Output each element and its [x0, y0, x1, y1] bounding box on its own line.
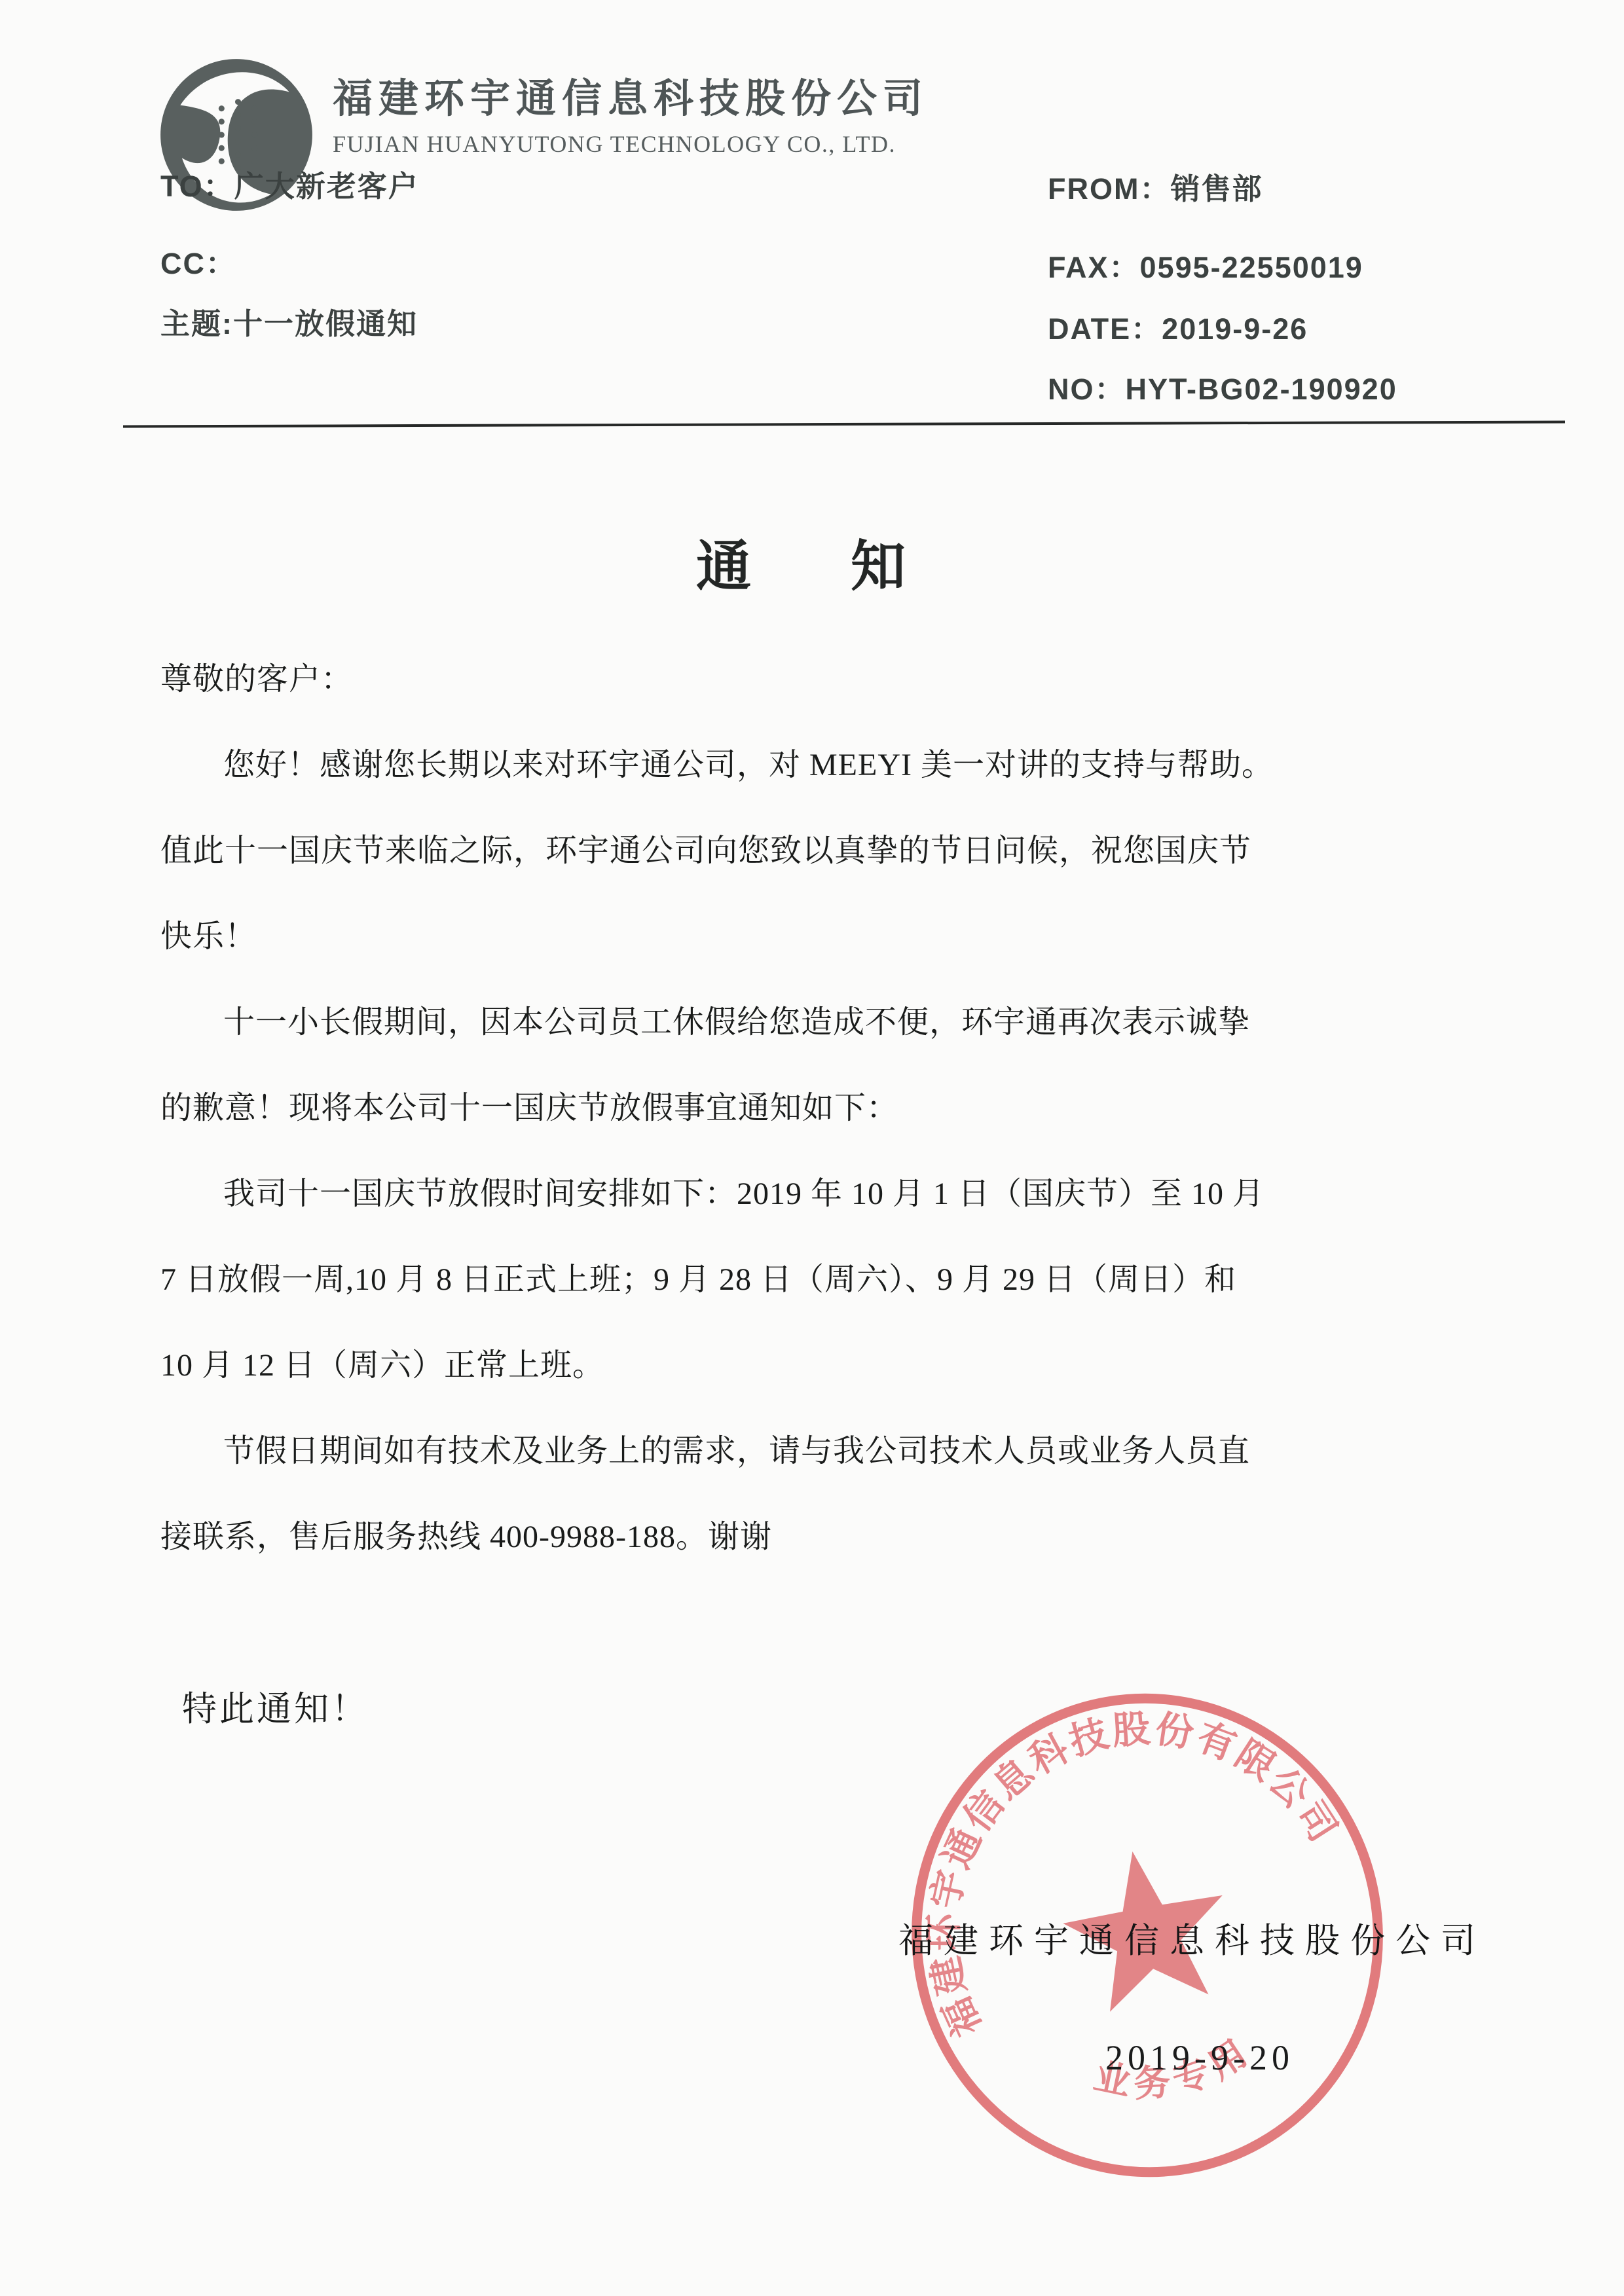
body-line: 我司十一国庆节放假时间安排如下：2019 年 10 月 1 日（国庆节）至 10…: [160, 1151, 1545, 1237]
body-line: 快乐！: [160, 894, 1545, 979]
field-subject: 主题:十一放假通知: [160, 300, 418, 342]
company-name-en: FUJIAN HUANYUTONG TECHNOLOGY CO., LTD.: [333, 130, 929, 158]
field-subject-label: 主题:: [160, 307, 233, 340]
field-date-value: 2019-9-26: [1162, 312, 1308, 346]
page-title: 通 知: [0, 522, 1624, 602]
field-subject-value: 十一放假通知: [233, 307, 418, 340]
letterhead-text: 福建环宇通信息科技股份公司 FUJIAN HUANYUTONG TECHNOLO…: [333, 52, 929, 158]
body-line: 十一小长假期间，因本公司员工休假给您造成不便，环宇通再次表示诚挚: [160, 979, 1545, 1065]
closing-line: 特此通知！: [182, 1681, 369, 1731]
signature-company: 福建环宇通信息科技股份公司: [898, 1913, 1486, 1963]
field-no-value: HYT-BG02-190920: [1126, 373, 1397, 406]
header-divider: [123, 421, 1565, 428]
salutation: 尊敬的客户：: [160, 636, 1545, 722]
field-fax: FAX：0595-22550019: [1048, 244, 1363, 286]
field-date-label: DATE：: [1048, 312, 1162, 346]
field-from-label: FROM：: [1048, 172, 1170, 206]
field-fax-value: 0595-22550019: [1140, 251, 1363, 284]
field-no: NO：HYT-BG02-190920: [1048, 365, 1397, 408]
field-to-label: TO：: [160, 170, 234, 203]
signature-date: 2019-9-20: [1105, 2037, 1294, 2078]
letter-body: 尊敬的客户： 您好！感谢您长期以来对环宇通公司，对 MEEYI 美一对讲的支持与…: [160, 636, 1545, 1580]
body-line: 10 月 12 日（周六）正常上班。: [160, 1322, 1545, 1408]
field-fax-label: FAX：: [1048, 251, 1140, 284]
field-date: DATE：2019-9-26: [1048, 305, 1308, 348]
field-to-value: 广大新老客户: [234, 170, 419, 203]
fax-notice-page: 福建环宇通信息科技股份公司 FUJIAN HUANYUTONG TECHNOLO…: [0, 0, 1624, 2296]
field-no-label: NO：: [1048, 373, 1126, 406]
company-name-cn: 福建环宇通信息科技股份公司: [333, 67, 929, 124]
body-line: 接联系，售后服务热线 400-9988-188。谢谢: [160, 1494, 1545, 1580]
field-from-value: 销售部: [1170, 172, 1263, 206]
field-cc-label: CC：: [160, 247, 236, 280]
field-cc: CC：: [160, 240, 236, 282]
body-line: 7 日放假一周,10 月 8 日正式上班；9 月 28 日（周六）、9 月 29…: [160, 1237, 1545, 1322]
body-line: 节假日期间如有技术及业务上的需求，请与我公司技术人员或业务人员直: [160, 1408, 1545, 1494]
field-to: TO：广大新老客户: [160, 162, 419, 205]
body-line: 您好！感谢您长期以来对环宇通公司，对 MEEYI 美一对讲的支持与帮助。: [160, 722, 1545, 808]
field-from: FROM：销售部: [1048, 165, 1263, 208]
body-line: 值此十一国庆节来临之际，环宇通公司向您致以真挚的节日问候，祝您国庆节: [160, 808, 1545, 894]
body-line: 的歉意！现将本公司十一国庆节放假事宜通知如下：: [160, 1065, 1545, 1151]
